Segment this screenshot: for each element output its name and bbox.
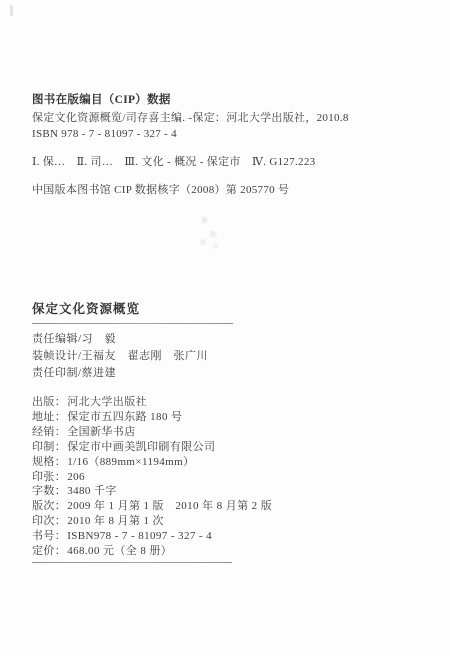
bottom-divider-line — [32, 562, 232, 563]
colophon-row-price: 定价：468.00 元（全 8 册） — [32, 544, 272, 559]
colophon-label: 书号： — [32, 530, 66, 542]
colophon-block: 出版：河北大学出版社 地址：保定市五四东路 180 号 经销：全国新华书店 印制… — [32, 395, 272, 559]
colophon-row-publisher: 出版：河北大学出版社 — [32, 395, 272, 410]
colophon-label: 字数： — [32, 485, 66, 497]
colophon-value: 1/16（889mm×1194mm） — [67, 456, 194, 468]
colophon-value: 保定市中画美凯印刷有限公司 — [67, 441, 215, 453]
colophon-row-printer: 印制：保定市中画美凯印刷有限公司 — [32, 440, 272, 455]
colophon-row-sheets: 印张：206 — [32, 470, 272, 485]
credit-design-line: 装帧设计/王福友 翟志刚 张广川 — [32, 348, 208, 365]
colophon-row-booknumber: 书号：ISBN978 - 7 - 81097 - 327 - 4 — [32, 529, 272, 544]
book-copyright-page: 图书在版编目（CIP）数据 保定文化资源概览/司存喜主编. -保定：河北大学出版… — [0, 0, 450, 656]
colophon-label: 印张： — [32, 471, 66, 483]
colophon-label: 定价： — [32, 545, 66, 557]
credit-printing-line: 责任印制/蔡进建 — [32, 365, 208, 382]
colophon-value: 保定市五四东路 180 号 — [67, 411, 182, 423]
colophon-value: 468.00 元（全 8 册） — [67, 545, 172, 557]
cip-header: 图书在版编目（CIP）数据 — [32, 92, 434, 108]
colophon-row-address: 地址：保定市五四东路 180 号 — [32, 410, 272, 425]
credits-block: 责任编辑/习 毅 装帧设计/王福友 翟志刚 张广川 责任印制/蔡进建 — [32, 331, 208, 382]
scan-artifact-mark — [10, 5, 13, 16]
colophon-value: 2010 年 8 月第 1 次 — [67, 515, 164, 527]
colophon-value: 3480 千字 — [67, 485, 117, 497]
colophon-label: 出版： — [32, 396, 66, 408]
colophon-value: 206 — [67, 471, 85, 483]
cip-record-line: 中国版本图书馆 CIP 数据核字（2008）第 205770 号 — [32, 182, 434, 198]
colophon-row-wordcount: 字数：3480 千字 — [32, 484, 272, 499]
credit-editor-line: 责任编辑/习 毅 — [32, 331, 208, 348]
title-block: 保定文化资源概览 — [32, 302, 233, 324]
colophon-label: 版次： — [32, 500, 66, 512]
colophon-value: 2009 年 1 月第 1 版 2010 年 8 月第 2 版 — [67, 500, 272, 512]
cip-classification-line: Ⅰ. 保… Ⅱ. 司… Ⅲ. 文化 - 概况 - 保定市 Ⅳ. G127.223 — [32, 154, 434, 170]
colophon-row-distributor: 经销：全国新华书店 — [32, 425, 272, 440]
cip-description-line: 保定文化资源概览/司存喜主编. -保定：河北大学出版社，2010.8 — [32, 110, 434, 126]
colophon-label: 印次： — [32, 515, 66, 527]
colophon-label: 经销： — [32, 426, 66, 438]
colophon-value: 河北大学出版社 — [67, 396, 147, 408]
title-divider-line — [32, 323, 233, 324]
book-title: 保定文化资源概览 — [32, 302, 233, 316]
scan-smudge — [196, 212, 224, 252]
colophon-row-edition: 版次：2009 年 1 月第 1 版 2010 年 8 月第 2 版 — [32, 499, 272, 514]
cip-isbn-line: ISBN 978 - 7 - 81097 - 327 - 4 — [32, 126, 434, 142]
colophon-label: 地址： — [32, 411, 66, 423]
colophon-row-format: 规格：1/16（889mm×1194mm） — [32, 455, 272, 470]
colophon-value: ISBN978 - 7 - 81097 - 327 - 4 — [67, 530, 212, 542]
cip-block: 图书在版编目（CIP）数据 保定文化资源概览/司存喜主编. -保定：河北大学出版… — [32, 92, 434, 198]
colophon-label: 规格： — [32, 456, 66, 468]
colophon-row-impression: 印次：2010 年 8 月第 1 次 — [32, 514, 272, 529]
colophon-value: 全国新华书店 — [67, 426, 135, 438]
colophon-label: 印制： — [32, 441, 66, 453]
